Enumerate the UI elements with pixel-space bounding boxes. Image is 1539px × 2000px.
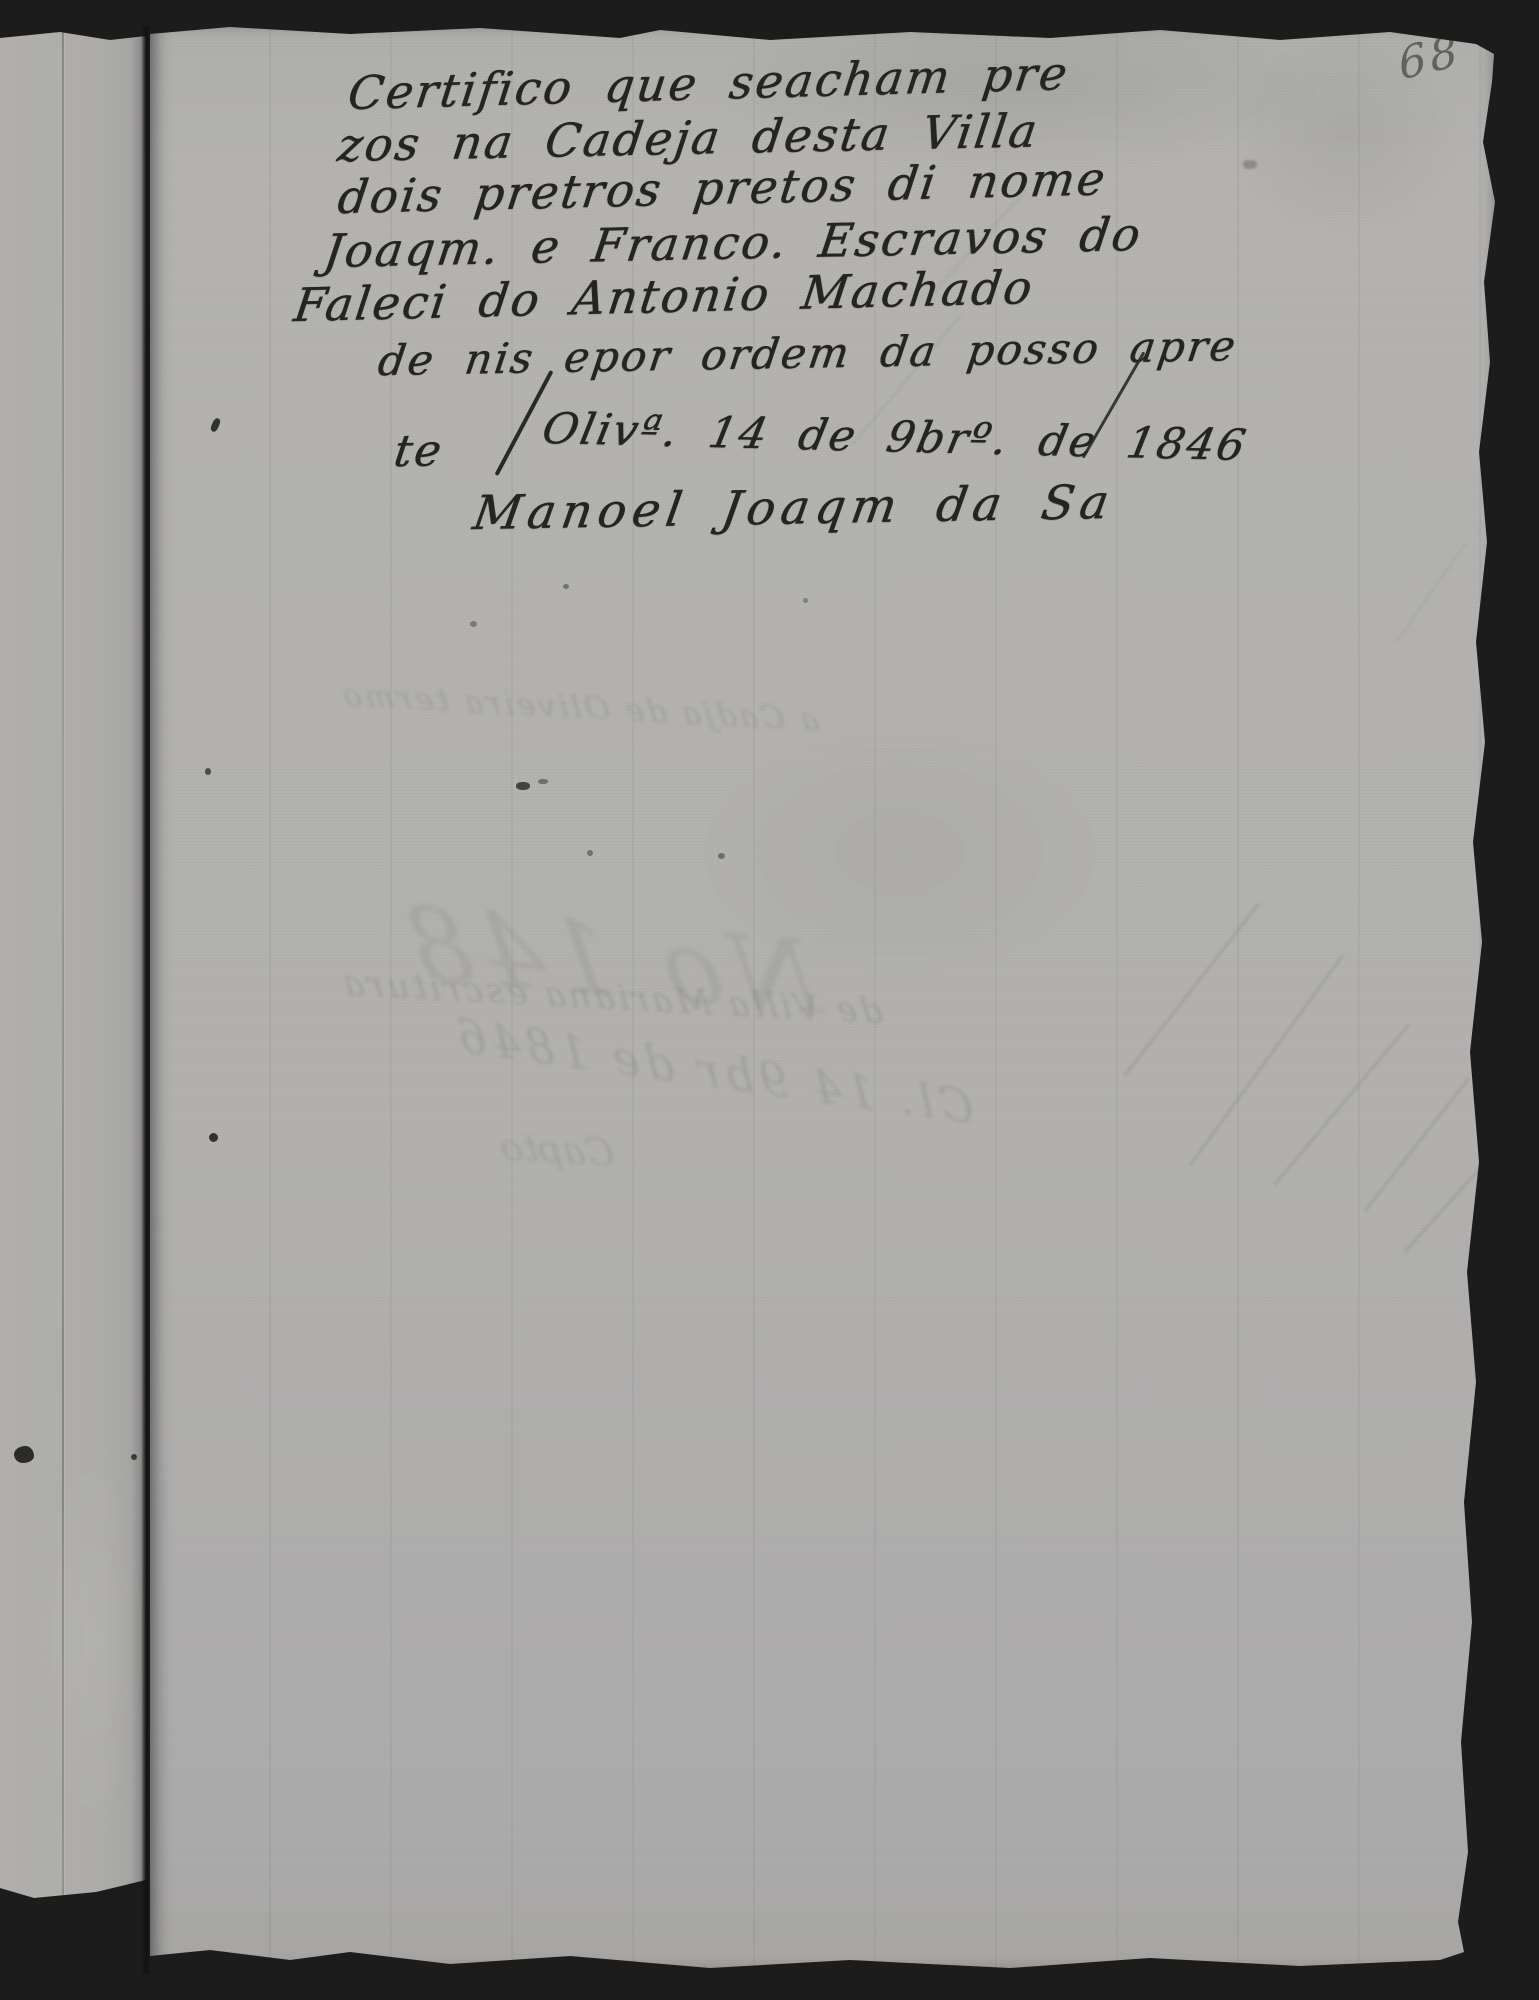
pencil-smudge bbox=[1363, 1077, 1470, 1213]
pencil-smudge bbox=[1189, 954, 1344, 1166]
pencil-smudge bbox=[1396, 542, 1467, 642]
manuscript-line: te bbox=[391, 425, 447, 477]
ink-blot bbox=[14, 1446, 34, 1463]
pencil-smudge bbox=[1123, 902, 1261, 1077]
ink-speck bbox=[516, 782, 530, 790]
ink-speck bbox=[131, 1454, 137, 1460]
ink-speck bbox=[209, 1133, 218, 1142]
scan-background: 68 Certifico que seacham pre zos na Cade… bbox=[0, 0, 1539, 2000]
date-line: Olivª. 14 de 9brº. de 1846 bbox=[538, 404, 1252, 471]
paper-stain bbox=[30, 1430, 150, 1850]
pencil-smudge bbox=[1404, 1147, 1500, 1253]
signature-line: Manoel Joaqm da Sa bbox=[469, 475, 1118, 541]
ink-speck bbox=[587, 850, 593, 856]
ink-speck bbox=[563, 584, 569, 589]
folio-number: 68 bbox=[1395, 24, 1464, 90]
adjacent-page-edge bbox=[0, 30, 146, 1898]
manuscript-line: de nis epor ordem da posso apre bbox=[375, 321, 1241, 385]
bleedthrough-text: a Cadja de Oliveira termo bbox=[338, 677, 821, 738]
ink-speck bbox=[209, 417, 221, 433]
ink-speck bbox=[1243, 160, 1257, 169]
pencil-smudge bbox=[1273, 1024, 1410, 1187]
ink-speck bbox=[538, 779, 548, 784]
ink-speck bbox=[470, 621, 477, 627]
ink-speck bbox=[803, 598, 808, 603]
ink-speck bbox=[205, 768, 211, 775]
bleedthrough-text: Capto bbox=[497, 1125, 617, 1175]
manuscript-page: 68 Certifico que seacham pre zos na Cade… bbox=[150, 22, 1498, 1978]
ink-speck bbox=[718, 853, 725, 859]
